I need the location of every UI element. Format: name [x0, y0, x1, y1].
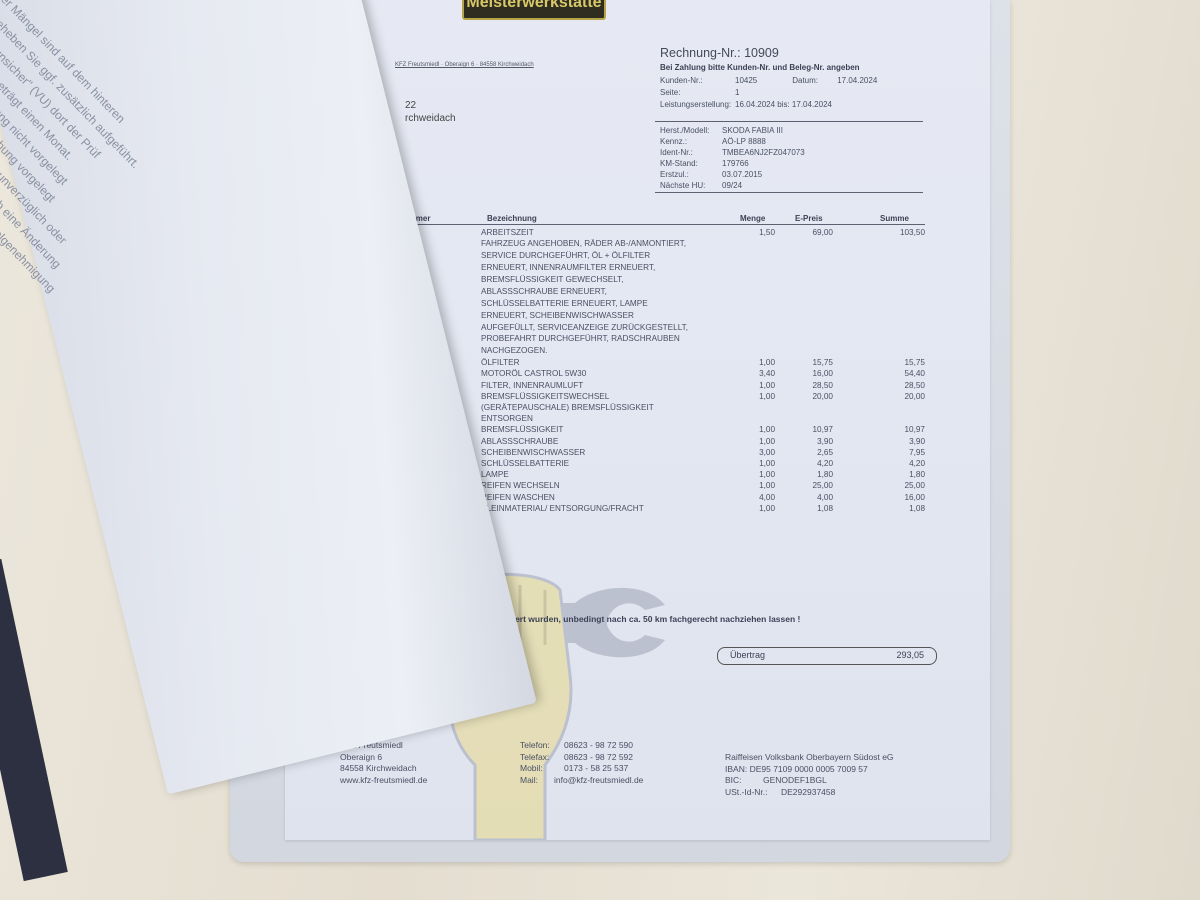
line-total: 16,00 — [870, 493, 925, 502]
customer-number: 10425 — [735, 76, 790, 85]
quantity: 3,00 — [725, 448, 775, 457]
unit-price: 16,00 — [785, 369, 833, 378]
unit-price: 28,50 — [785, 381, 833, 390]
description: REIFEN WASCHEN — [481, 493, 555, 502]
quantity: 1,00 — [725, 481, 775, 490]
col-unit-price: E-Preis — [795, 214, 823, 223]
vehicle-field: Erstzul.:03.07.2015 — [660, 170, 762, 179]
unit-price: 69,00 — [785, 228, 833, 237]
col-qty: Menge — [740, 214, 765, 223]
description: ÖLFILTER — [481, 358, 520, 367]
vehicle-field: KM-Stand:179766 — [660, 159, 749, 168]
line-total: 20,00 — [870, 392, 925, 401]
unit-price: 4,20 — [785, 459, 833, 468]
line-total: 103,50 — [870, 228, 925, 237]
line-total: 10,97 — [870, 425, 925, 434]
payment-note: Bei Zahlung bitte Kunden-Nr. und Beleg-N… — [660, 63, 860, 72]
description: REIFEN WECHSELN — [481, 481, 560, 490]
description: SCHEIBENWISCHWASSER — [481, 448, 585, 457]
header-divider — [395, 224, 925, 225]
unit-price: 4,00 — [785, 493, 833, 502]
description: FAHRZEUG ANGEHOBEN, RÄDER AB-/ANMONTIERT… — [481, 239, 686, 248]
vehicle-field: Nächste HU:09/24 — [660, 181, 742, 190]
carry-over-label: Übertrag — [730, 650, 765, 660]
unit-price: 2,65 — [785, 448, 833, 457]
website-link[interactable]: www.kfz-freutsmiedl.de — [340, 775, 427, 787]
quantity: 3,40 — [725, 369, 775, 378]
description: SCHLÜSSELBATTERIE — [481, 459, 569, 468]
page-number: 1 — [735, 88, 739, 97]
description: PROBEFAHRT DURCHGEFÜHRT, RADSCHRAUBEN — [481, 334, 680, 343]
vehicle-field: Ident-Nr.:TMBEA6NJ2FZ047073 — [660, 148, 805, 157]
line-total: 4,20 — [870, 459, 925, 468]
description: AUFGEFÜLLT, SERVICEANZEIGE ZURÜCKGESTELL… — [481, 323, 688, 332]
description: SERVICE DURCHGEFÜHRT, ÖL + ÖLFILTER — [481, 251, 650, 260]
divider — [655, 121, 923, 122]
description: BREMSFLÜSSIGKEIT — [481, 425, 563, 434]
service-period-row: Leistungserstellung:16.04.2024 bis: 17.0… — [660, 100, 832, 109]
vehicle-field: Kennz.:AÖ-LP 8888 — [660, 137, 766, 146]
customer-row: Kunden-Nr.:10425 Datum:17.04.2024 — [660, 76, 877, 85]
booklet-text: oder Mängel sind auf dem hinterenSie beh… — [0, 0, 230, 408]
line-total: 54,40 — [870, 369, 925, 378]
invoice-date: 17.04.2024 — [837, 76, 877, 85]
description: BREMSFLÜSSIGKEITSWECHSEL — [481, 392, 609, 401]
brand-banner: Meisterwerkstätte — [462, 0, 606, 20]
unit-price: 25,00 — [785, 481, 833, 490]
description: NACHGEZOGEN. — [481, 346, 547, 355]
line-total: 7,95 — [870, 448, 925, 457]
divider — [655, 192, 923, 193]
quantity: 1,00 — [725, 392, 775, 401]
quantity: 1,00 — [725, 459, 775, 468]
line-total: 3,90 — [870, 437, 925, 446]
quantity: 1,00 — [725, 470, 775, 479]
footer-contact: Telefon:08623 - 98 72 590 Telefax:08623 … — [520, 740, 643, 786]
description: ERNEUERT, INNENRAUMFILTER ERNEUERT, — [481, 263, 655, 272]
quantity: 1,50 — [725, 228, 775, 237]
page-row: Seite:1 — [660, 88, 739, 97]
description: (GERÄTEPAUSCHALE) BREMSFLÜSSIGKEIT — [481, 403, 654, 412]
unit-price: 15,75 — [785, 358, 833, 367]
invoice-number: Rechnung-Nr.: 10909 — [660, 46, 779, 60]
quantity: 1,00 — [725, 437, 775, 446]
line-total: 1,08 — [870, 504, 925, 513]
line-total: 28,50 — [870, 381, 925, 390]
carry-over-box: Übertrag 293,05 — [717, 647, 937, 665]
col-description: Bezeichnung — [487, 214, 537, 223]
recipient-fragment: rchweidach — [405, 113, 456, 124]
vehicle-field: Herst./Modell:SKODA FABIA III — [660, 126, 783, 135]
description: ENTSORGEN — [481, 414, 533, 423]
unit-price: 20,00 — [785, 392, 833, 401]
unit-price: 3,90 — [785, 437, 833, 446]
description: LAMPE — [481, 470, 509, 479]
description: FILTER, INNENRAUMLUFT — [481, 381, 583, 390]
description: BREMSFLÜSSIGKEIT GEWECHSELT, — [481, 275, 624, 284]
description: ARBEITSZEIT — [481, 228, 534, 237]
col-total: Summe — [880, 214, 909, 223]
unit-price: 10,97 — [785, 425, 833, 434]
footer-bank: Raiffeisen Volksbank Oberbayern Südost e… — [725, 752, 894, 798]
recipient-fragment: 22 — [405, 100, 416, 111]
quantity: 1,00 — [725, 425, 775, 434]
description: SCHLÜSSELBATTERIE ERNEUERT, LAMPE — [481, 299, 648, 308]
line-total: 1,80 — [870, 470, 925, 479]
line-total: 15,75 — [870, 358, 925, 367]
service-period: 16.04.2024 bis: 17.04.2024 — [735, 100, 832, 109]
quantity: 1,00 — [725, 381, 775, 390]
description: ABLASSSCHRAUBE — [481, 437, 558, 446]
quantity: 1,00 — [725, 358, 775, 367]
email-link[interactable]: info@kfz-freutsmiedl.de — [554, 775, 643, 785]
carry-over-value: 293,05 — [896, 650, 924, 660]
unit-price: 1,08 — [785, 504, 833, 513]
description: ABLASSSCHRAUBE ERNEUERT, — [481, 287, 607, 296]
description: ERNEUERT, SCHEIBENWISCHWASSER — [481, 311, 634, 320]
description: KLEINMATERIAL/ ENTSORGUNG/FRACHT — [481, 504, 644, 513]
quantity: 1,00 — [725, 504, 775, 513]
quantity: 4,00 — [725, 493, 775, 502]
line-total: 25,00 — [870, 481, 925, 490]
sender-line: KFZ Freutsmiedl · Oberaign 6 · 84558 Kir… — [395, 62, 534, 68]
unit-price: 1,80 — [785, 470, 833, 479]
description: MOTORÖL CASTROL 5W30 — [481, 369, 586, 378]
